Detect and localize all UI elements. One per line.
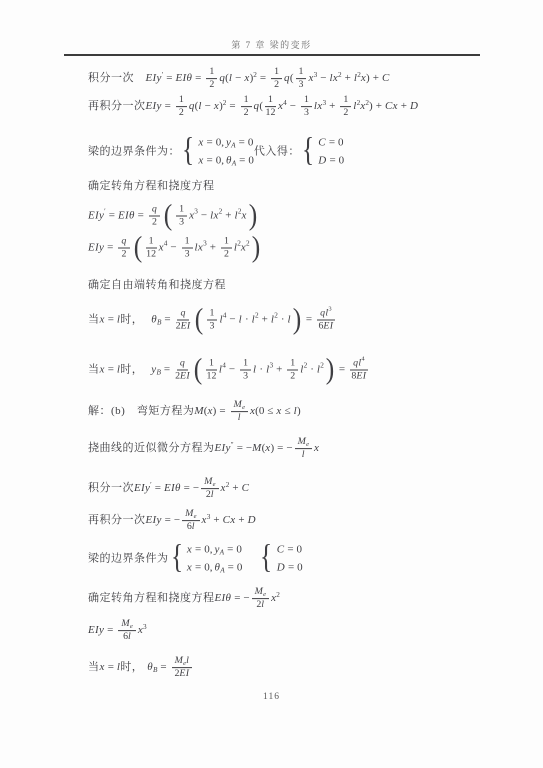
line-deflection-equation-a: EIy=q2(112x4−13lx3+12l2x2) — [88, 235, 262, 262]
line-integrate-once-a: 积分一次 EIy′=EIθ=12q(l−x)2=12q(13x3−lx2+l2x… — [88, 67, 390, 91]
line-deflection-equation-b: EIy=Me6lx3 — [88, 619, 147, 643]
line-integrate-twice-a: 再积分一次 EIy=12q(l−x)2=12q(112x4−13lx3+12l2… — [88, 95, 418, 119]
line-differential-equation-b: 挠曲线的近似微分方程为 EIy″=−M(x)=−Melx — [88, 437, 319, 461]
line-theta-b-result-a: 当 x=l 时，θB=q2EI(13l4−l·l2+l2·l)=ql36EI — [88, 307, 337, 334]
page-header: 第 7 章 梁的变形 — [0, 38, 543, 51]
line-solution-b-moment: 解：(b) 弯矩方程为 M(x)=Melx(0≤x≤l) — [88, 400, 301, 424]
line-heading-free-end: 确定自由端转角和挠度方程 — [88, 279, 226, 293]
chapter-title: 第 7 章 梁的变形 — [231, 40, 311, 50]
page-number: 116 — [0, 692, 543, 702]
line-boundary-conditions-a: 梁的边界条件为：{x=0,yA=0x=0,θA=0代入得：{C=0D=0 — [88, 136, 344, 168]
line-integrate-twice-b: 再积分一次 EIy=−Me6lx3+Cx+D — [88, 509, 256, 533]
line-boundary-conditions-b: 梁的边界条件为{x=0,yA=0x=0,θA=0{C=0D=0 — [88, 543, 303, 575]
header-rule — [64, 54, 480, 56]
line-integrate-once-b: 积分一次 EIy′=EIθ=−Me2lx2+C — [88, 477, 249, 501]
line-slope-equation-b: 确定转角方程和挠度方程 EIθ=−Me2lx2 — [88, 587, 280, 611]
document-page: 第 7 章 梁的变形 积分一次 EIy′=EIθ=12q(l−x)2=12q(1… — [0, 0, 543, 768]
line-y-b-result-a: 当 x=l 时，yB=q2EI(112l4−13l·l3+12l2·l2)=ql… — [88, 357, 370, 384]
line-slope-equation-a: EIy′=EIθ=q2(13x3−lx2+l2x) — [88, 203, 259, 230]
line-theta-b-result-b: 当 x=l 时，θB=Mel2EI — [88, 656, 194, 680]
line-heading-slope-deflection-a: 确定转角方程和挠度方程 — [88, 180, 215, 194]
